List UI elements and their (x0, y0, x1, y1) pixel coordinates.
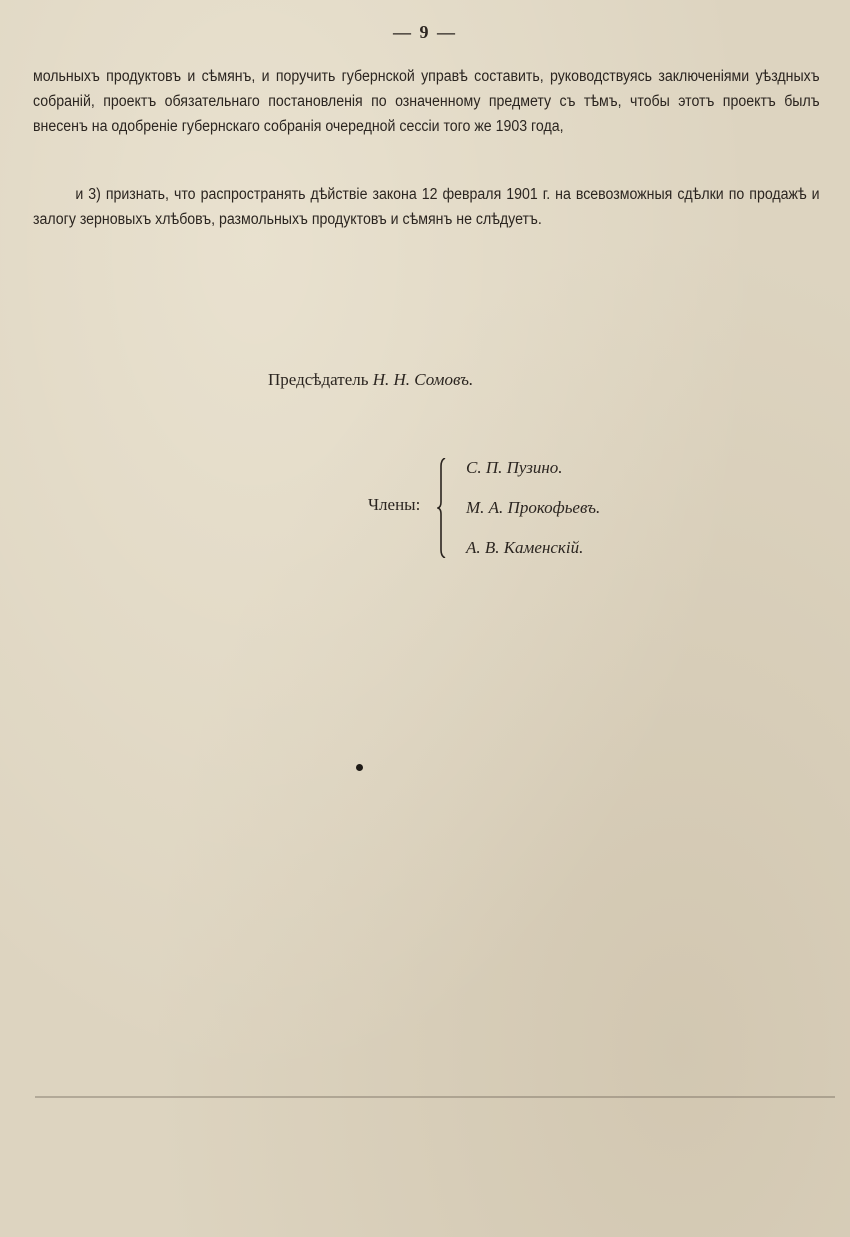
members-list: С. П. Пузино. М. А. Прокофьевъ. А. В. Ка… (466, 457, 600, 577)
member-name: А. В. Каменскій. (466, 537, 600, 577)
page-number: — 9 — (0, 22, 850, 43)
paragraph-resolution-3: и 3) признать, что распространять дѣйств… (33, 182, 820, 232)
bleed-through-rule (35, 1096, 835, 1098)
curly-brace-icon (437, 458, 447, 558)
paragraph-continuation: мольныхъ продуктовъ и сѣмянъ, и поручить… (33, 64, 820, 139)
members-label: Члены: (368, 495, 420, 515)
member-name: С. П. Пузино. (466, 457, 600, 497)
chairman-signature: Предсѣдатель Н. Н. Сомовъ. (268, 370, 473, 390)
ink-blot (356, 764, 363, 771)
member-name: М. А. Прокофьевъ. (466, 497, 600, 537)
paragraph-text: и 3) признать, что распространять дѣйств… (33, 182, 820, 232)
chairman-label: Предсѣдатель (268, 370, 369, 389)
paragraph-text: мольныхъ продуктовъ и сѣмянъ, и поручить… (33, 64, 820, 139)
chairman-name: Н. Н. Сомовъ. (373, 370, 473, 389)
